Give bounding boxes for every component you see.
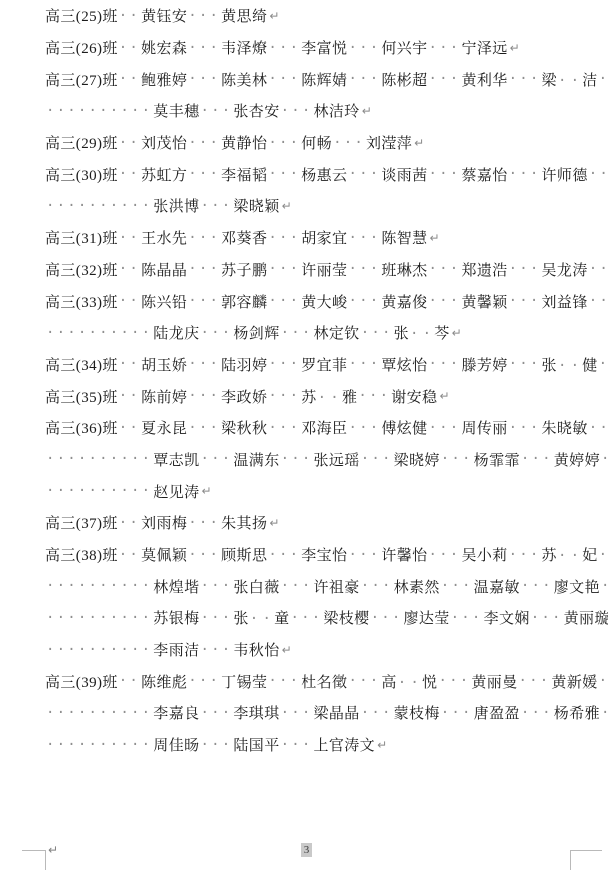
student-name: 陆国平 <box>233 734 279 755</box>
student-name: 陆羽婷 <box>221 354 267 375</box>
student-name: 何兴宇 <box>381 37 427 58</box>
student-name: 黄婷婷 <box>554 449 600 470</box>
space-marks: ··· <box>601 579 608 593</box>
student-name: 赵见涛 <box>153 481 199 502</box>
space-marks: ··· <box>348 548 380 562</box>
space-marks: ··· <box>201 643 233 657</box>
space-marks: ·· <box>119 231 140 245</box>
student-name: 黄丽璇 <box>564 607 608 628</box>
student-name: 李琪琪 <box>233 702 279 723</box>
student-name: 陈兴铅 <box>141 291 187 312</box>
space-marks: ··· <box>509 167 541 181</box>
student-name: 温满东 <box>233 449 279 470</box>
space-marks: ··· <box>361 326 393 340</box>
space-marks: ··· <box>509 262 541 276</box>
student-name: 刘茂怡 <box>141 132 187 153</box>
student-name: 蔡嘉怡 <box>461 164 507 185</box>
student-name: 蒙枝梅 <box>394 702 440 723</box>
student-name: 罗宜菲 <box>301 354 347 375</box>
student-name: 郭容麟 <box>221 291 267 312</box>
student-name: 上官涛文 <box>313 734 375 755</box>
student-name: 傅炫健 <box>381 417 427 438</box>
space-marks: ··· <box>268 231 300 245</box>
document-page[interactable]: 高三(25)班··黄钰安···黄思绮↵高三(26)班··姚宏森···韦泽燎···… <box>0 0 608 870</box>
space-marks: ··· <box>519 674 551 688</box>
student-name: 苏子鹏 <box>221 259 267 280</box>
student-name: 鲍雅婷 <box>141 69 187 90</box>
space-marks: · <box>571 73 582 89</box>
space-marks: ··· <box>281 104 313 118</box>
space-marks: ·· <box>119 674 140 688</box>
student-name: 许祖豪 <box>313 576 359 597</box>
student-name: 温嘉敏 <box>474 576 520 597</box>
space-marks: ··· <box>188 674 220 688</box>
margin-corner-bottom-right-icon <box>570 850 602 851</box>
student-name: 高··悦 <box>381 671 437 692</box>
space-marks: ··· <box>361 452 393 466</box>
space-marks: ·········· <box>46 452 152 466</box>
space-marks: · <box>262 611 273 627</box>
class-label: 高三(35)班 <box>45 386 118 407</box>
roster-line[interactable]: ··········张洪博···梁晓颖↵ <box>45 190 598 222</box>
student-name: 李嘉良 <box>153 702 199 723</box>
student-name: 张杏安 <box>233 100 279 121</box>
space-marks: ··· <box>358 389 390 403</box>
space-marks: ·· <box>119 9 140 23</box>
space-marks: · <box>571 358 582 374</box>
roster-line[interactable]: 高三(26)班··姚宏森···韦泽燎···李富悦···何兴宇···宁泽远↵ <box>45 32 598 64</box>
space-marks: · <box>571 548 582 564</box>
space-marks: ··· <box>268 674 300 688</box>
line-break-mark: ↵ <box>269 9 279 23</box>
student-name: 胡家宜 <box>301 227 347 248</box>
class-label: 高三(27)班 <box>45 69 118 90</box>
student-name: 林素然 <box>394 576 440 597</box>
space-marks: ··· <box>268 167 300 181</box>
roster-line[interactable]: 高三(35)班··陈前婷···李政娇···苏··雅···谢安稳↵ <box>45 380 598 412</box>
class-label: 高三(34)班 <box>45 354 118 375</box>
space-marks: ··· <box>333 136 365 150</box>
student-name: 陈前婷 <box>141 386 187 407</box>
student-name: 李雨洁 <box>153 639 199 660</box>
roster-line[interactable]: 高三(36)班··夏永昆···梁秋秋···邓海臣···傅炫健···周传丽···朱… <box>45 412 598 444</box>
student-name: 谈雨茜 <box>381 164 427 185</box>
student-name: 梁晓婷 <box>394 449 440 470</box>
margin-corner-bottom-right-icon <box>570 850 571 870</box>
space-marks: ··· <box>451 611 483 625</box>
class-label: 高三(36)班 <box>45 417 118 438</box>
space-marks: ··· <box>188 421 220 435</box>
student-name: 邓葵香 <box>221 227 267 248</box>
student-name: 陈智慧 <box>381 227 427 248</box>
student-name: 杨剑辉 <box>233 322 279 343</box>
space-marks: ··· <box>268 389 300 403</box>
student-name: 廖文艳 <box>554 576 600 597</box>
student-name: 唐盈盈 <box>474 702 520 723</box>
space-marks: ··· <box>429 294 461 308</box>
student-name: 周佳旸 <box>153 734 199 755</box>
student-name: 韦泽燎 <box>221 37 267 58</box>
student-name: 夏永昆 <box>141 417 187 438</box>
roster-line[interactable]: 高三(39)班··陈维彪···丁锡莹···杜名徵···高··悦···黄丽曼···… <box>45 665 598 697</box>
space-marks: · <box>558 548 569 564</box>
space-marks: ··· <box>531 611 563 625</box>
student-name: 黄馨颖 <box>461 291 507 312</box>
student-name: 韦秋怡 <box>233 639 279 660</box>
class-label: 高三(25)班 <box>45 5 118 26</box>
space-marks: ··· <box>290 611 322 625</box>
space-marks: ··· <box>348 72 380 86</box>
space-marks: ··· <box>589 421 608 435</box>
student-name: 黄新媛 <box>551 671 597 692</box>
space-marks: ··· <box>188 167 220 181</box>
line-break-mark: ↵ <box>430 231 440 245</box>
margin-corner-bottom-left-icon <box>22 850 46 851</box>
student-name: 张··芩 <box>394 322 450 343</box>
space-marks: ··· <box>201 579 233 593</box>
space-marks: ··· <box>589 294 608 308</box>
student-name: 李富悦 <box>301 37 347 58</box>
student-name: 许馨怡 <box>381 544 427 565</box>
space-marks: ··· <box>348 357 380 371</box>
line-break-mark: ↵ <box>282 199 292 213</box>
space-marks: ··· <box>429 167 461 181</box>
student-name: 黄丽曼 <box>471 671 517 692</box>
space-marks: ··· <box>438 674 470 688</box>
student-name: 吴小莉 <box>461 544 507 565</box>
student-name: 许丽莹 <box>301 259 347 280</box>
student-name: 郑遗浩 <box>461 259 507 280</box>
space-marks: ··· <box>599 357 608 371</box>
space-marks: ··· <box>441 706 473 720</box>
space-marks: ··· <box>201 611 233 625</box>
student-name: 李宝怡 <box>301 544 347 565</box>
space-marks: ··· <box>441 579 473 593</box>
student-name: 杨惠云 <box>301 164 347 185</box>
line-break-mark: ↵ <box>202 484 212 498</box>
student-name: 黄思绮 <box>221 5 267 26</box>
student-name: 杨希雅 <box>554 702 600 723</box>
class-label: 高三(39)班 <box>45 671 118 692</box>
student-name: 顾斯思 <box>221 544 267 565</box>
roster-line[interactable]: 高三(34)班··胡玉娇···陆羽婷···罗宜菲···覃炫怡···滕芳婷···张… <box>45 349 598 381</box>
space-marks: ··· <box>201 199 233 213</box>
student-name: 梁秋秋 <box>221 417 267 438</box>
space-marks: ··· <box>509 294 541 308</box>
space-marks: ··· <box>268 421 300 435</box>
roster-line[interactable]: ··········陆龙庆···杨剑辉···林定钦···张··芩↵ <box>45 317 598 349</box>
space-marks: ·· <box>119 167 140 181</box>
line-break-mark: ↵ <box>452 326 462 340</box>
student-name: 黄大峻 <box>301 291 347 312</box>
line-break-mark: ↵ <box>439 389 449 403</box>
student-name: 苏虹方 <box>141 164 187 185</box>
roster-line[interactable]: ··········赵见涛↵ <box>45 475 598 507</box>
space-marks: · <box>423 326 434 342</box>
space-marks: · <box>410 675 421 691</box>
space-marks: ··· <box>201 452 233 466</box>
class-label: 高三(31)班 <box>45 227 118 248</box>
student-name: 梁晶晶 <box>313 702 359 723</box>
space-marks: ·········· <box>46 706 152 720</box>
student-name: 许师德 <box>542 164 588 185</box>
class-label: 高三(37)班 <box>45 512 118 533</box>
space-marks: · <box>318 390 329 406</box>
space-marks: ··· <box>201 706 233 720</box>
student-name: 陈彬超 <box>381 69 427 90</box>
space-marks: ·········· <box>46 326 152 340</box>
student-name: 胡玉娇 <box>141 354 187 375</box>
student-name: 廖达莹 <box>403 607 449 628</box>
space-marks: ··· <box>188 9 220 23</box>
end-paragraph-mark: ↵ <box>48 843 58 857</box>
class-label: 高三(33)班 <box>45 291 118 312</box>
space-marks: ··· <box>268 72 300 86</box>
space-marks: ··· <box>509 72 541 86</box>
space-marks: ·········· <box>46 484 152 498</box>
space-marks: ··· <box>599 548 608 562</box>
student-name: 陈晶晶 <box>141 259 187 280</box>
student-name: 黄利华 <box>461 69 507 90</box>
roster-line[interactable]: 高三(29)班··刘茂怡···黄静怡···何畅···刘滢萍↵ <box>45 127 598 159</box>
line-break-mark: ↵ <box>282 643 292 657</box>
space-marks: ··· <box>599 674 608 688</box>
space-marks: ·········· <box>46 611 152 625</box>
student-name: 梁晓颖 <box>233 195 279 216</box>
space-marks: ··· <box>188 72 220 86</box>
space-marks: ··· <box>429 262 461 276</box>
space-marks: ··· <box>361 706 393 720</box>
line-break-mark: ↵ <box>414 136 424 150</box>
space-marks: ··· <box>268 136 300 150</box>
space-marks: ··· <box>521 452 553 466</box>
student-name: 王水先 <box>141 227 187 248</box>
student-name: 张白薇 <box>233 576 279 597</box>
space-marks: ··· <box>188 294 220 308</box>
student-name: 覃炫怡 <box>381 354 427 375</box>
space-marks: ·········· <box>46 199 152 213</box>
roster-line[interactable]: 高三(37)班··刘雨梅···朱其扬↵ <box>45 507 598 539</box>
space-marks: · <box>250 611 261 627</box>
space-marks: ·· <box>119 389 140 403</box>
space-marks: ·· <box>119 262 140 276</box>
roster-line[interactable]: ··········李雨洁···韦秋怡↵ <box>45 634 598 666</box>
space-marks: ·········· <box>46 738 152 752</box>
space-marks: ··· <box>509 548 541 562</box>
roster-line[interactable]: 高三(32)班··陈晶晶···苏子鹏···许丽莹···班琳杰···郑遗浩···吴… <box>45 254 598 286</box>
student-name: 梁··洁 <box>542 69 598 90</box>
space-marks: ··· <box>281 706 313 720</box>
student-name: 苏银梅 <box>153 607 199 628</box>
space-marks: ··· <box>281 452 313 466</box>
student-name: 苏··雅 <box>301 386 357 407</box>
student-name: 滕芳婷 <box>461 354 507 375</box>
roster-line[interactable]: ··········莫丰穗···张杏安···林洁玲↵ <box>45 95 598 127</box>
student-name: 丁锡莹 <box>221 671 267 692</box>
space-marks: ··· <box>188 136 220 150</box>
student-name: 谢安稳 <box>391 386 437 407</box>
roster-line[interactable]: 高三(38)班··莫佩颖···顾斯思···李宝怡···许馨怡···吴小莉···苏… <box>45 539 598 571</box>
roster-line[interactable]: 高三(33)班··陈兴铅···郭容麟···黄大峻···黄嘉俊···黄馨颖···刘… <box>45 285 598 317</box>
roster-line[interactable]: 高三(30)班··苏虹方···李福韬···杨惠云···谈雨茜···蔡嘉怡···许… <box>45 158 598 190</box>
space-marks: ··· <box>589 262 608 276</box>
student-name: 李文娴 <box>484 607 530 628</box>
student-name: 张··健 <box>542 354 598 375</box>
space-marks: ··· <box>589 167 608 181</box>
roster-text-block: 高三(25)班··黄钰安···黄思绮↵高三(26)班··姚宏森···韦泽燎···… <box>45 0 598 761</box>
class-label: 高三(29)班 <box>45 132 118 153</box>
space-marks: · <box>330 390 341 406</box>
student-name: 梁枝樱 <box>323 607 369 628</box>
space-marks: ··· <box>268 548 300 562</box>
student-name: 林定钦 <box>313 322 359 343</box>
space-marks: ·········· <box>46 104 152 118</box>
student-name: 张··童 <box>233 607 289 628</box>
student-name: 吴龙涛 <box>542 259 588 280</box>
student-name: 刘益锋 <box>542 291 588 312</box>
line-break-mark: ↵ <box>362 104 372 118</box>
space-marks: ··· <box>441 452 473 466</box>
space-marks: · <box>558 358 569 374</box>
student-name: 刘雨梅 <box>141 512 187 533</box>
space-marks: ··· <box>509 357 541 371</box>
student-name: 陆龙庆 <box>153 322 199 343</box>
class-label: 高三(26)班 <box>45 37 118 58</box>
line-break-mark: ↵ <box>269 516 279 530</box>
space-marks: ··· <box>188 262 220 276</box>
space-marks: ··· <box>268 294 300 308</box>
space-marks: · <box>558 73 569 89</box>
student-name: 何畅 <box>301 132 332 153</box>
student-name: 姚宏森 <box>141 37 187 58</box>
student-name: 黄嘉俊 <box>381 291 427 312</box>
space-marks: ··· <box>521 706 553 720</box>
space-marks: ·· <box>119 72 140 86</box>
space-marks: ··· <box>361 579 393 593</box>
student-name: 黄钰安 <box>141 5 187 26</box>
space-marks: ··· <box>509 421 541 435</box>
student-name: 刘滢萍 <box>366 132 412 153</box>
space-marks: ·· <box>119 421 140 435</box>
space-marks: ··· <box>281 579 313 593</box>
space-marks: ··· <box>429 41 461 55</box>
student-name: 周传丽 <box>461 417 507 438</box>
space-marks: ··· <box>601 706 608 720</box>
space-marks: ··· <box>268 41 300 55</box>
margin-corner-bottom-left-icon <box>45 850 46 870</box>
space-marks: ··· <box>268 357 300 371</box>
student-name: 覃志凯 <box>153 449 199 470</box>
space-marks: ··· <box>281 738 313 752</box>
student-name: 黄静怡 <box>221 132 267 153</box>
space-marks: ··· <box>429 548 461 562</box>
roster-line[interactable]: ··········李嘉良···李琪琪···梁晶晶···蒙枝梅···唐盈盈···… <box>45 697 598 729</box>
space-marks: ··· <box>348 231 380 245</box>
line-break-mark: ↵ <box>510 41 520 55</box>
space-marks: ··· <box>188 548 220 562</box>
student-name: 林洁玲 <box>313 100 359 121</box>
student-name: 李政娇 <box>221 386 267 407</box>
roster-line[interactable]: ··········覃志凯···温满东···张远瑶···梁晓婷···杨霏霏···… <box>45 444 598 476</box>
student-name: 陈维彪 <box>141 671 187 692</box>
student-name: 张远瑶 <box>313 449 359 470</box>
roster-line[interactable]: 高三(25)班··黄钰安···黄思绮↵ <box>45 0 598 32</box>
space-marks: ··· <box>521 579 553 593</box>
class-label: 高三(32)班 <box>45 259 118 280</box>
student-name: 朱其扬 <box>221 512 267 533</box>
student-name: 邓海臣 <box>301 417 347 438</box>
space-marks: ··· <box>348 421 380 435</box>
space-marks: ··· <box>599 72 608 86</box>
space-marks: ··· <box>429 72 461 86</box>
space-marks: ··· <box>348 41 380 55</box>
space-marks: ·· <box>119 41 140 55</box>
student-name: 陈辉婧 <box>301 69 347 90</box>
student-name: 陈美林 <box>221 69 267 90</box>
class-label: 高三(38)班 <box>45 544 118 565</box>
space-marks: ·········· <box>46 579 152 593</box>
space-marks: ··· <box>188 41 220 55</box>
student-name: 班琳杰 <box>381 259 427 280</box>
student-name: 朱晓敏 <box>542 417 588 438</box>
space-marks: ·· <box>119 294 140 308</box>
space-marks: ··· <box>601 452 608 466</box>
line-break-mark: ↵ <box>377 738 387 752</box>
space-marks: ··· <box>281 326 313 340</box>
space-marks: ··· <box>201 738 233 752</box>
roster-line[interactable]: ··········苏银梅···张··童···梁枝樱···廖达莹···李文娴··… <box>45 602 598 634</box>
roster-line[interactable]: 高三(27)班··鲍雅婷···陈美林···陈辉婧···陈彬超···黄利华···梁… <box>45 63 598 95</box>
space-marks: ··· <box>201 104 233 118</box>
student-name: 林煌堦 <box>153 576 199 597</box>
space-marks: ··· <box>429 357 461 371</box>
space-marks: ··· <box>188 389 220 403</box>
space-marks: ·· <box>119 548 140 562</box>
space-marks: · <box>410 326 421 342</box>
space-marks: ··· <box>348 167 380 181</box>
space-marks: ··· <box>188 231 220 245</box>
space-marks: ··· <box>348 294 380 308</box>
student-name: 苏··妃 <box>542 544 598 565</box>
space-marks: · <box>398 675 409 691</box>
space-marks: ··· <box>348 674 380 688</box>
space-marks: ·· <box>119 357 140 371</box>
student-name: 李福韬 <box>221 164 267 185</box>
roster-line[interactable]: ··········林煌堦···张白薇···许祖豪···林素然···温嘉敏···… <box>45 570 598 602</box>
student-name: 杜名徵 <box>301 671 347 692</box>
space-marks: ··· <box>188 357 220 371</box>
space-marks: ··· <box>188 516 220 530</box>
class-label: 高三(30)班 <box>45 164 118 185</box>
student-name: 张洪博 <box>153 195 199 216</box>
space-marks: ·········· <box>46 643 152 657</box>
student-name: 杨霏霏 <box>474 449 520 470</box>
space-marks: ·· <box>119 136 140 150</box>
roster-line[interactable]: 高三(31)班··王水先···邓葵香···胡家宜···陈智慧↵ <box>45 222 598 254</box>
space-marks: ··· <box>348 262 380 276</box>
space-marks: ··· <box>201 326 233 340</box>
space-marks: ··· <box>371 611 403 625</box>
page-number-field: 3 <box>301 843 312 857</box>
space-marks: ··· <box>429 421 461 435</box>
space-marks: ·· <box>119 516 140 530</box>
student-name: 宁泽远 <box>461 37 507 58</box>
space-marks: ··· <box>268 262 300 276</box>
roster-line[interactable]: ··········周佳旸···陆国平···上官涛文↵ <box>45 729 598 761</box>
student-name: 莫佩颖 <box>141 544 187 565</box>
student-name: 莫丰穗 <box>153 100 199 121</box>
